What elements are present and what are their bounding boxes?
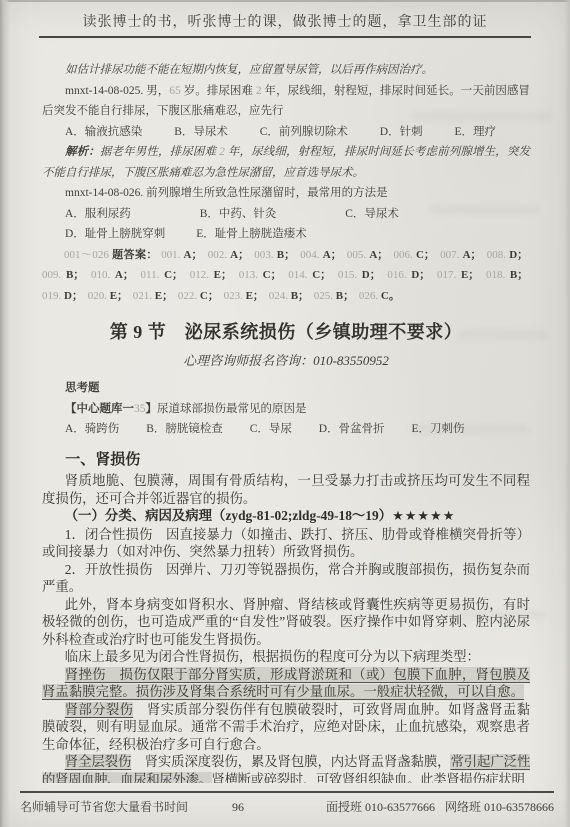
answer-letter: B；	[510, 269, 528, 281]
answer-letter: C；	[416, 249, 435, 261]
answer-pair: 026. C。	[359, 290, 400, 302]
paragraph-closed-injury: 1．闭合性损伤 因直接暴力（如撞击、跌打、挤压、肋骨或脊椎横突骨折等）或间接暴力…	[42, 526, 530, 561]
text-segment: 肾实质深度裂伤，累及肾包膜，内达肾盂肾盏黏膜，	[131, 754, 450, 769]
page-header-slogan: 读张博士的书，听张博士的课，做张博士的题，拿卫生部的证	[0, 0, 570, 31]
answer-letter: A；	[369, 249, 388, 261]
question-026-stem: mnxt-14-08-026. 前列腺增生所致急性尿潴留时，最常用的方法是	[42, 183, 530, 204]
page-number: 96	[232, 800, 244, 815]
option-item: D．针刺	[380, 122, 423, 143]
stem-segment: 】	[146, 403, 158, 415]
answer-number: 014.	[288, 269, 312, 281]
answer-number: 016.	[387, 269, 411, 281]
answer-pair: 012. E；	[190, 269, 232, 281]
heading-classification-text: （一）分类、病因及病理（zydg-81-02;zldg-49-18～19）	[65, 508, 392, 523]
paragraph-kidney-intro: 肾质地脆、包膜薄，周围有骨质结构，一旦受暴力打击或挤压均可发生不同程度损伤，还可…	[42, 472, 530, 507]
answer-pair: 007. A；	[440, 249, 481, 261]
answer-pair: 020. E；	[88, 290, 128, 302]
star-rating: ★★★★★	[392, 509, 455, 524]
bank-question-stem: 【中心题库一35】尿道球部损伤最常见的原因是	[42, 399, 530, 420]
answer-letter: D；	[509, 249, 528, 261]
answer-pair: 004. A；	[300, 249, 341, 261]
answer-pair: 022. C；	[178, 290, 219, 302]
bleedthrough-artifact	[458, 330, 548, 339]
answer-number: 009.	[42, 269, 66, 281]
answer-pair: 010. A；	[91, 269, 134, 281]
answer-number: 022.	[178, 290, 200, 302]
scan-edge-right	[564, 0, 570, 827]
answer-pair: 014. C；	[288, 269, 331, 281]
answer-key: 001～026 题答案： 001. A； 002. A； 003. B； 004…	[42, 245, 530, 307]
scan-edge-top	[0, 0, 570, 2]
section-title: 第 9 节 泌尿系统损伤（乡镇助理不要求）	[42, 318, 530, 344]
paragraph-clinical-types: 临床上最多见为闭合性肾损伤，根据损伤的程度可分为以下病理类型：	[42, 648, 530, 666]
answer-number: 002.	[208, 249, 230, 261]
answer-number: 004.	[300, 249, 322, 261]
answer-pair: 024. B；	[269, 290, 309, 302]
answer-pair: 001. A；	[161, 249, 202, 261]
page-content: 如估计排尿功能不能在短期内恢复，应留置导尿管，以后再作病因治疗。 mnxt-14…	[0, 38, 570, 783]
option-item: D．骨盆骨折	[319, 419, 385, 440]
option-item: C．前列腺切除术	[260, 122, 348, 143]
answer-letter: C；	[312, 269, 331, 281]
answer-number: 012.	[190, 269, 214, 281]
paragraph-open-injury: 2．开放性损伤 因弹片、刀刃等锐器损伤，常合并胸或腹部损伤，损伤复杂而严重。	[42, 561, 530, 596]
note-paragraph: 如估计排尿功能不能在短期内恢复，应留置导尿管，以后再作病因治疗。	[42, 60, 530, 81]
answer-letter: E；	[110, 290, 128, 302]
answer-number: 006.	[394, 249, 416, 261]
answer-pair: 019. D；	[42, 290, 83, 302]
answer-letter: B；	[336, 290, 354, 302]
option-item: B．中药、针灸	[200, 204, 277, 225]
stem-segment: 前列腺增生所致急性尿潴留时，最常用的方法是	[146, 187, 388, 199]
answer-letter: D；	[64, 290, 83, 302]
stem-segment: 岁。排尿困难	[181, 85, 256, 97]
heading-classification: （一）分类、病因及病理（zydg-81-02;zldg-49-18～19）★★★…	[42, 507, 530, 526]
answer-number: 010.	[91, 269, 115, 281]
answer-letter: E；	[246, 290, 264, 302]
answer-number: 021.	[133, 290, 155, 302]
answer-letter: C；	[263, 269, 282, 281]
stem-segment: 【中心题库一	[65, 403, 134, 415]
answer-pair: 005. A；	[347, 249, 388, 261]
answer-pair: 002. A；	[208, 249, 249, 261]
answer-number: 011.	[141, 269, 165, 281]
answer-number: 001.	[161, 249, 183, 261]
answer-letter: B；	[66, 269, 84, 281]
answer-number: 003.	[254, 249, 276, 261]
footer-contacts: 面授班 010-63577666网络班 010-63578666	[316, 798, 554, 815]
answer-key-range: 001～026	[64, 249, 112, 261]
analysis-segment: 解析：	[65, 146, 100, 158]
answer-pair: 003. B；	[254, 249, 295, 261]
answer-pair: 015. D；	[338, 269, 381, 281]
answer-number: 023.	[224, 290, 246, 302]
option-item: E．理疗	[454, 122, 496, 143]
heading-kidney-injury: 一、肾损伤	[42, 452, 530, 470]
answer-letter: A；	[184, 249, 203, 261]
option-item: A．输液抗感染	[65, 122, 142, 143]
text-segment: 肾横断或碎裂时，可致肾组织缺血。此类肾损伤症状明	[212, 772, 525, 784]
consult-phone-line: 心理咨询师报名咨询：010-83550952	[42, 350, 530, 369]
qa-section: 如估计排尿功能不能在短期内恢复，应留置导尿管，以后再作病因治疗。 mnxt-14…	[42, 60, 530, 306]
option-item: A．服利尿药	[65, 204, 131, 225]
answer-letter: A；	[230, 249, 249, 261]
answer-number: 025.	[314, 290, 336, 302]
answer-pair: 017. E；	[437, 269, 479, 281]
answer-number: 019.	[42, 290, 64, 302]
answer-letter: E；	[155, 290, 173, 302]
footer-slogan: 名师辅导可节省您大量看书时间	[20, 798, 188, 815]
option-item: B．膀胱镜检查	[146, 419, 223, 440]
stem-segment: mnxt-14-08-026.	[65, 187, 146, 199]
answer-number: 024.	[269, 290, 291, 302]
paragraph-renal-contusion: 肾挫伤 损伤仅限于部分肾实质，形成肾淤斑和（或）包膜下血肿，肾包膜及肾盂黏膜完整…	[42, 666, 530, 701]
analysis-segment: 据老年男性，排尿困难	[100, 146, 219, 158]
answer-pair: 008. D；	[487, 249, 528, 261]
question-025-analysis: 解析：据老年男性，排尿困难 2 年，尿线细，射程短，排尿时间延长考虑前列腺增生，…	[42, 142, 530, 183]
scanned-book-page: 读张博士的书，听张博士的课，做张博士的题，拿卫生部的证 如估计排尿功能不能在短期…	[0, 0, 570, 827]
option-item: D．耻骨上膀胱穿刺	[65, 224, 165, 245]
text-segment: 肾全层裂伤	[65, 754, 132, 769]
answer-number: 017.	[437, 269, 461, 281]
answer-letter: B；	[277, 249, 295, 261]
bleedthrough-artifact	[412, 112, 552, 121]
option-item: B．导尿术	[174, 122, 228, 143]
answer-pair: 011. C；	[141, 269, 183, 281]
paragraph-partial-laceration: 肾部分裂伤 肾实质部分裂伤伴有包膜破裂时，可致肾周血肿。如肾盏肾盂黏膜破裂，则有…	[42, 701, 530, 754]
answer-pair: 018. B；	[486, 269, 528, 281]
answer-letter: B；	[291, 290, 309, 302]
answer-letter: A；	[323, 249, 342, 261]
bleedthrough-artifact	[410, 425, 530, 434]
paragraph-other-causes: 此外，肾本身病变如肾积水、肾肿瘤、肾结核或肾囊性疾病等更易损伤，有时极轻微的创伤…	[42, 596, 530, 649]
answer-number: 008.	[487, 249, 509, 261]
answer-number: 013.	[239, 269, 263, 281]
answer-letter: D；	[411, 269, 430, 281]
answer-key-label: 题答案：	[112, 249, 158, 261]
answer-letter: C；	[200, 290, 219, 302]
answer-letter: C；	[164, 269, 183, 281]
answer-letter: D；	[362, 269, 381, 281]
answer-letter: E；	[214, 269, 232, 281]
answer-letter: E；	[461, 269, 479, 281]
footer-phone-classroom: 面授班 010-63577666	[326, 800, 435, 814]
answer-pair: 023. E；	[224, 290, 264, 302]
answer-number: 018.	[486, 269, 510, 281]
bleedthrough-artifact	[430, 205, 540, 214]
text-segment: 肾部分裂伤	[65, 702, 133, 717]
think-label: 思考题	[42, 378, 530, 399]
paragraph-full-laceration: 肾全层裂伤 肾实质深度裂伤，累及肾包膜，内达肾盂肾盏黏膜，常引起广泛性的肾周血肿…	[42, 753, 530, 783]
answer-pair: 013. C；	[239, 269, 282, 281]
option-item: C．导尿术	[345, 204, 399, 225]
scan-edge-left	[0, 0, 10, 827]
answer-number: 020.	[88, 290, 110, 302]
question-025-options: A．输液抗感染 B．导尿术 C．前列腺切除术 D．针刺 E．理疗	[42, 122, 530, 143]
stem-segment: 男，	[146, 85, 169, 97]
answer-letter: C。	[381, 290, 400, 302]
stem-segment: 35	[134, 403, 146, 415]
answer-number: 005.	[347, 249, 369, 261]
answer-pair: 025. B；	[314, 290, 354, 302]
answer-letter: A；	[463, 249, 482, 261]
bleedthrough-artifact	[450, 610, 545, 619]
answer-number: 007.	[440, 249, 462, 261]
stem-segment: 65	[169, 85, 181, 97]
question-026-options-row2: D．耻骨上膀胱穿刺 E．耻骨上膀胱造瘘术	[42, 224, 530, 245]
answer-number: 015.	[338, 269, 362, 281]
option-item: A．骑跨伤	[65, 419, 119, 440]
stem-segment: 尿道球部损伤最常见的原因是	[157, 403, 307, 415]
stem-segment: mnxt-14-08-025.	[65, 85, 146, 97]
answer-pair: 006. C；	[394, 249, 435, 261]
answer-number: 026.	[359, 290, 381, 302]
answer-pair: 016. D；	[387, 269, 430, 281]
text-segment: 肾挫伤 损伤仅限于部分肾实质，形成肾淤斑和（或）包膜下血肿，肾包膜及肾盂黏膜完整…	[42, 667, 530, 700]
option-item: E．耻骨上膀胱造瘘术	[196, 224, 307, 245]
answer-pair: 021. E；	[133, 290, 173, 302]
answer-letter: A；	[115, 269, 134, 281]
page-footer: 名师辅导可节省您大量看书时间 96 面授班 010-63577666网络班 01…	[20, 791, 554, 815]
answer-pair: 009. B；	[42, 269, 84, 281]
option-item: C．导尿	[250, 419, 292, 440]
footer-phone-online: 网络班 010-63578666	[445, 800, 554, 814]
